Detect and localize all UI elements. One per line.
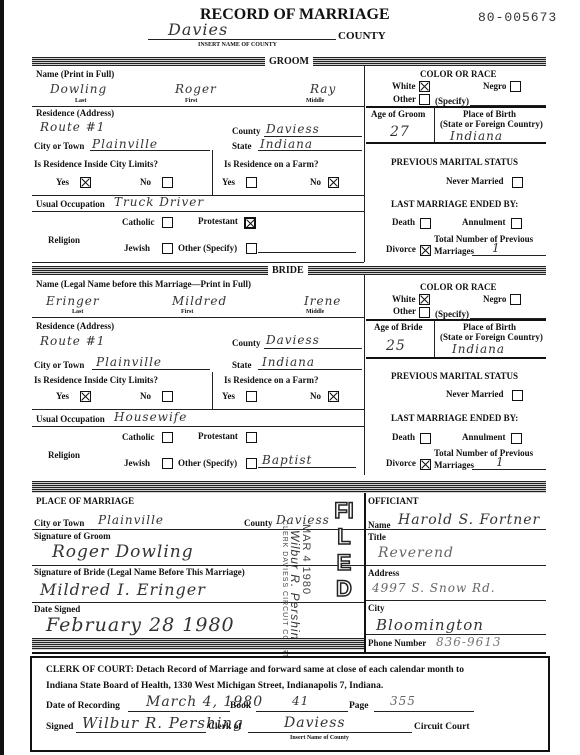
groom-other-race-label: Other xyxy=(393,94,416,104)
groom-annulment-label: Annulment xyxy=(462,217,506,227)
bride-city-limits-yes-checkbox[interactable] xyxy=(80,391,91,402)
groom-religion-label: Religion xyxy=(48,235,80,245)
officiant-title-value[interactable]: Reverend xyxy=(378,545,454,561)
groom-annulment-checkbox[interactable] xyxy=(511,218,522,229)
bride-negro-label: Negro xyxy=(483,294,506,304)
groom-farm-yes-checkbox[interactable] xyxy=(246,177,257,188)
bride-occupation[interactable]: Housewife xyxy=(114,410,187,424)
filed-stamp: FILED xyxy=(330,498,358,602)
groom-middle-name[interactable]: Ray xyxy=(310,82,336,96)
groom-birth-label-2: (State or Foreign Country) xyxy=(440,119,543,129)
officiant-city-label: City xyxy=(368,603,385,613)
bride-death-checkbox[interactable] xyxy=(420,433,431,444)
bride-never-married-checkbox[interactable] xyxy=(512,390,523,401)
groom-death-label: Death xyxy=(392,217,415,227)
groom-occupation-label: Usual Occupation xyxy=(36,199,105,209)
bride-section-label: BRIDE xyxy=(268,265,308,276)
place-city[interactable]: Plainville xyxy=(98,513,164,527)
bride-city-limits-no-label: No xyxy=(140,391,151,401)
scan-edge xyxy=(0,0,4,755)
groom-signature-label: Signature of Groom xyxy=(34,531,111,541)
clerk-instructions-2: Indiana State Board of Health, 1330 West… xyxy=(46,681,383,691)
date-signed-label: Date Signed xyxy=(34,604,80,614)
bride-birth-place[interactable]: Indiana xyxy=(452,342,505,356)
groom-divorce-label: Divorce xyxy=(386,244,416,254)
bride-city[interactable]: Plainville xyxy=(96,355,162,369)
bride-religion-other[interactable]: Baptist xyxy=(262,453,312,467)
groom-birth-place[interactable]: Indiana xyxy=(450,129,503,143)
groom-county-label: County xyxy=(232,126,261,136)
groom-white-label: White xyxy=(392,81,416,91)
signed-label: Signed xyxy=(46,722,73,732)
bride-last-name[interactable]: Eringer xyxy=(46,294,100,308)
bride-protestant-checkbox[interactable] xyxy=(246,432,257,443)
groom-last-name[interactable]: Dowling xyxy=(50,82,107,96)
groom-city-limits-no-checkbox[interactable] xyxy=(162,177,173,188)
groom-jewish-label: Jewish xyxy=(124,243,150,253)
groom-name-label: Name (Print in Full) xyxy=(36,69,114,79)
bride-negro-checkbox[interactable] xyxy=(510,294,521,305)
date-signed[interactable]: February 28 1980 xyxy=(46,614,235,636)
groom-never-married-checkbox[interactable] xyxy=(512,177,523,188)
bride-signature[interactable]: Mildred I. Eringer xyxy=(40,580,206,599)
groom-last-ended-title: LAST MARRIAGE ENDED BY: xyxy=(391,199,518,209)
clerk-county-hint: Insert Name of County xyxy=(290,735,349,741)
officiant-name[interactable]: Harold S. Fortner xyxy=(398,512,540,528)
groom-state[interactable]: Indiana xyxy=(260,137,313,151)
groom-section-label: GROOM xyxy=(265,56,313,67)
groom-occupation[interactable]: Truck Driver xyxy=(114,195,204,209)
bride-residence-label: Residence (Address) xyxy=(36,321,114,331)
groom-mid-divider xyxy=(212,150,213,195)
bride-protestant-label: Protestant xyxy=(198,431,238,441)
officiant-address-label: Address xyxy=(368,568,399,578)
page-title: RECORD OF MARRIAGE xyxy=(200,6,390,24)
bride-first-label: First xyxy=(181,309,193,315)
clerk-instructions-1: CLERK OF COURT: Detach Record of Marriag… xyxy=(46,665,464,675)
groom-last-label: Last xyxy=(75,98,86,104)
groom-catholic-label: Catholic xyxy=(122,217,155,227)
record-number: 80-005673 xyxy=(478,10,557,25)
bride-other-race-checkbox[interactable] xyxy=(419,307,430,318)
officiant-phone[interactable]: 836-9613 xyxy=(436,635,502,649)
groom-first-label: First xyxy=(185,98,197,104)
bride-city-limits-label: Is Residence Inside City Limits? xyxy=(34,375,158,385)
groom-total-prev-label-1: Total Number of Previous xyxy=(434,234,533,244)
groom-city-limits-yes-checkbox[interactable] xyxy=(80,177,91,188)
groom-protestant-checkbox[interactable] xyxy=(244,217,256,229)
groom-total-prev[interactable]: 1 xyxy=(492,241,501,255)
groom-state-label: State xyxy=(232,141,252,151)
bride-age-label: Age of Bride xyxy=(374,322,423,332)
groom-other-religion-label: Other (Specify) xyxy=(178,243,237,253)
groom-divorce-checkbox[interactable] xyxy=(420,245,431,256)
bride-total-prev-label-1: Total Number of Previous xyxy=(434,448,533,458)
groom-farm-yes-label: Yes xyxy=(222,177,235,187)
county-value[interactable]: Davies xyxy=(168,20,228,39)
groom-never-married-label: Never Married xyxy=(446,176,504,186)
bride-first-name[interactable]: Mildred xyxy=(172,294,227,308)
bride-white-label: White xyxy=(392,294,416,304)
groom-age[interactable]: 27 xyxy=(390,124,410,140)
place-divider xyxy=(364,493,366,653)
bride-catholic-checkbox[interactable] xyxy=(162,432,173,443)
groom-race-title: COLOR OR RACE xyxy=(420,69,497,79)
groom-middle-label: Middle xyxy=(306,98,324,104)
bride-death-label: Death xyxy=(392,432,415,442)
groom-residence-label: Residence (Address) xyxy=(36,108,114,118)
county-hint: INSERT NAME OF COUNTY xyxy=(198,42,277,48)
bride-annulment-label: Annulment xyxy=(462,432,506,442)
bride-city-limits-no-checkbox[interactable] xyxy=(162,391,173,402)
circuit-court-label: Circuit Court xyxy=(414,722,470,732)
bride-farm-label: Is Residence on a Farm? xyxy=(224,375,319,385)
bride-farm-no-checkbox[interactable] xyxy=(328,391,339,402)
bride-white-checkbox[interactable] xyxy=(419,294,430,305)
stamp-clerk-signature: Wilbur R. Pershing xyxy=(288,530,302,648)
bride-annulment-checkbox[interactable] xyxy=(511,433,522,444)
bride-divorce-label: Divorce xyxy=(386,458,416,468)
groom-residence[interactable]: Route #1 xyxy=(40,120,105,134)
place-county-label: County xyxy=(244,518,273,528)
bride-city-limits-yes-label: Yes xyxy=(56,391,69,401)
bride-middle-name[interactable]: Irene xyxy=(304,294,341,308)
bride-farm-yes-label: Yes xyxy=(222,391,235,401)
bride-birth-label-1: Place of Birth xyxy=(463,322,516,332)
bride-divorce-checkbox[interactable] xyxy=(420,459,431,470)
groom-first-name[interactable]: Roger xyxy=(175,82,217,96)
bride-jewish-checkbox[interactable] xyxy=(162,458,173,469)
groom-city-limits-label: Is Residence Inside City Limits? xyxy=(34,159,158,169)
bride-state-label: State xyxy=(232,360,252,370)
groom-death-checkbox[interactable] xyxy=(420,218,431,229)
groom-negro-label: Negro xyxy=(483,81,506,91)
bride-signature-label: Signature of Bride (Legal Name Before Th… xyxy=(34,567,245,577)
bride-birth-label-2: (State or Foreign Country) xyxy=(440,332,543,342)
groom-city-limits-yes-label: Yes xyxy=(56,177,69,187)
groom-protestant-label: Protestant xyxy=(198,216,238,226)
groom-birth-label-1: Place of Birth xyxy=(463,109,516,119)
place-band xyxy=(32,481,546,493)
groom-specify-label: (Specify) xyxy=(435,96,469,106)
bride-never-married-label: Never Married xyxy=(446,389,504,399)
bride-residence[interactable]: Route #1 xyxy=(40,334,105,348)
groom-city[interactable]: Plainville xyxy=(92,137,158,151)
bride-jewish-label: Jewish xyxy=(124,458,150,468)
officiant-city[interactable]: Bloomington xyxy=(376,616,484,634)
page-number[interactable]: 355 xyxy=(390,694,416,708)
bride-occupation-label: Usual Occupation xyxy=(36,414,105,424)
groom-farm-no-checkbox[interactable] xyxy=(328,177,339,188)
bride-other-religion-checkbox[interactable] xyxy=(246,458,257,469)
bride-last-label: Last xyxy=(72,309,83,315)
officiant-address[interactable]: 4997 S. Snow Rd. xyxy=(372,581,496,595)
bride-farm-yes-checkbox[interactable] xyxy=(246,391,257,402)
bride-city-label: City or Town xyxy=(34,360,84,370)
bride-total-prev-label-2: Marriages xyxy=(434,460,474,470)
bride-catholic-label: Catholic xyxy=(122,432,155,442)
groom-signature[interactable]: Roger Dowling xyxy=(52,542,194,562)
bride-county-label: County xyxy=(232,338,261,348)
groom-prev-status-title: PREVIOUS MARITAL STATUS xyxy=(391,157,518,167)
groom-city-limits-no-label: No xyxy=(140,177,151,187)
bride-county[interactable]: Daviess xyxy=(266,333,320,347)
bride-prev-status-title: PREVIOUS MARITAL STATUS xyxy=(391,371,518,381)
page-label: Page xyxy=(349,701,369,711)
bride-divider xyxy=(364,275,365,475)
place-title: PLACE OF MARRIAGE xyxy=(36,496,134,506)
bride-other-religion-label: Other (Specify) xyxy=(178,458,237,468)
bride-specify-label: (Specify) xyxy=(435,309,469,319)
bride-race-title: COLOR OR RACE xyxy=(420,282,497,292)
recording-date-label: Date of Recording xyxy=(46,701,120,711)
place-bottom-band xyxy=(32,638,364,650)
bride-farm-no-label: No xyxy=(310,391,321,401)
bride-mid-divider xyxy=(212,372,213,410)
groom-catholic-checkbox[interactable] xyxy=(162,217,173,228)
place-city-label: City or Town xyxy=(34,518,84,528)
bride-name-label: Name (Legal Name before this Marriage—Pr… xyxy=(36,279,251,289)
groom-other-race-checkbox[interactable] xyxy=(419,94,430,105)
groom-city-label: City or Town xyxy=(34,141,84,151)
officiant-title: OFFICIANT xyxy=(368,496,419,506)
groom-farm-no-label: No xyxy=(310,177,321,187)
book-label: Book xyxy=(230,701,251,711)
bride-other-race-label: Other xyxy=(393,306,416,316)
groom-other-religion-checkbox[interactable] xyxy=(246,243,257,254)
officiant-title-label: Title xyxy=(368,532,386,542)
officiant-phone-label: Phone Number xyxy=(368,638,426,648)
clerk-of-county[interactable]: Daviess xyxy=(284,715,346,731)
groom-farm-label: Is Residence on a Farm? xyxy=(224,159,319,169)
county-underline xyxy=(148,39,336,40)
groom-county[interactable]: Daviess xyxy=(266,122,320,136)
book-number[interactable]: 41 xyxy=(292,694,309,708)
groom-total-prev-label-2: Marriages xyxy=(434,246,474,256)
county-label: COUNTY xyxy=(338,30,386,42)
bride-state[interactable]: Indiana xyxy=(262,355,315,369)
bride-religion-label: Religion xyxy=(48,450,80,460)
groom-jewish-checkbox[interactable] xyxy=(162,243,173,254)
bride-last-ended-title: LAST MARRIAGE ENDED BY: xyxy=(391,413,518,423)
groom-white-checkbox[interactable] xyxy=(419,81,430,92)
groom-negro-checkbox[interactable] xyxy=(510,81,521,92)
groom-age-label: Age of Groom xyxy=(371,109,425,119)
clerk-of-label: Clerk of xyxy=(208,722,242,732)
bride-total-prev[interactable]: 1 xyxy=(496,455,505,469)
bride-middle-label: Middle xyxy=(306,309,324,315)
bride-age[interactable]: 25 xyxy=(386,338,406,354)
groom-divider xyxy=(364,66,365,262)
